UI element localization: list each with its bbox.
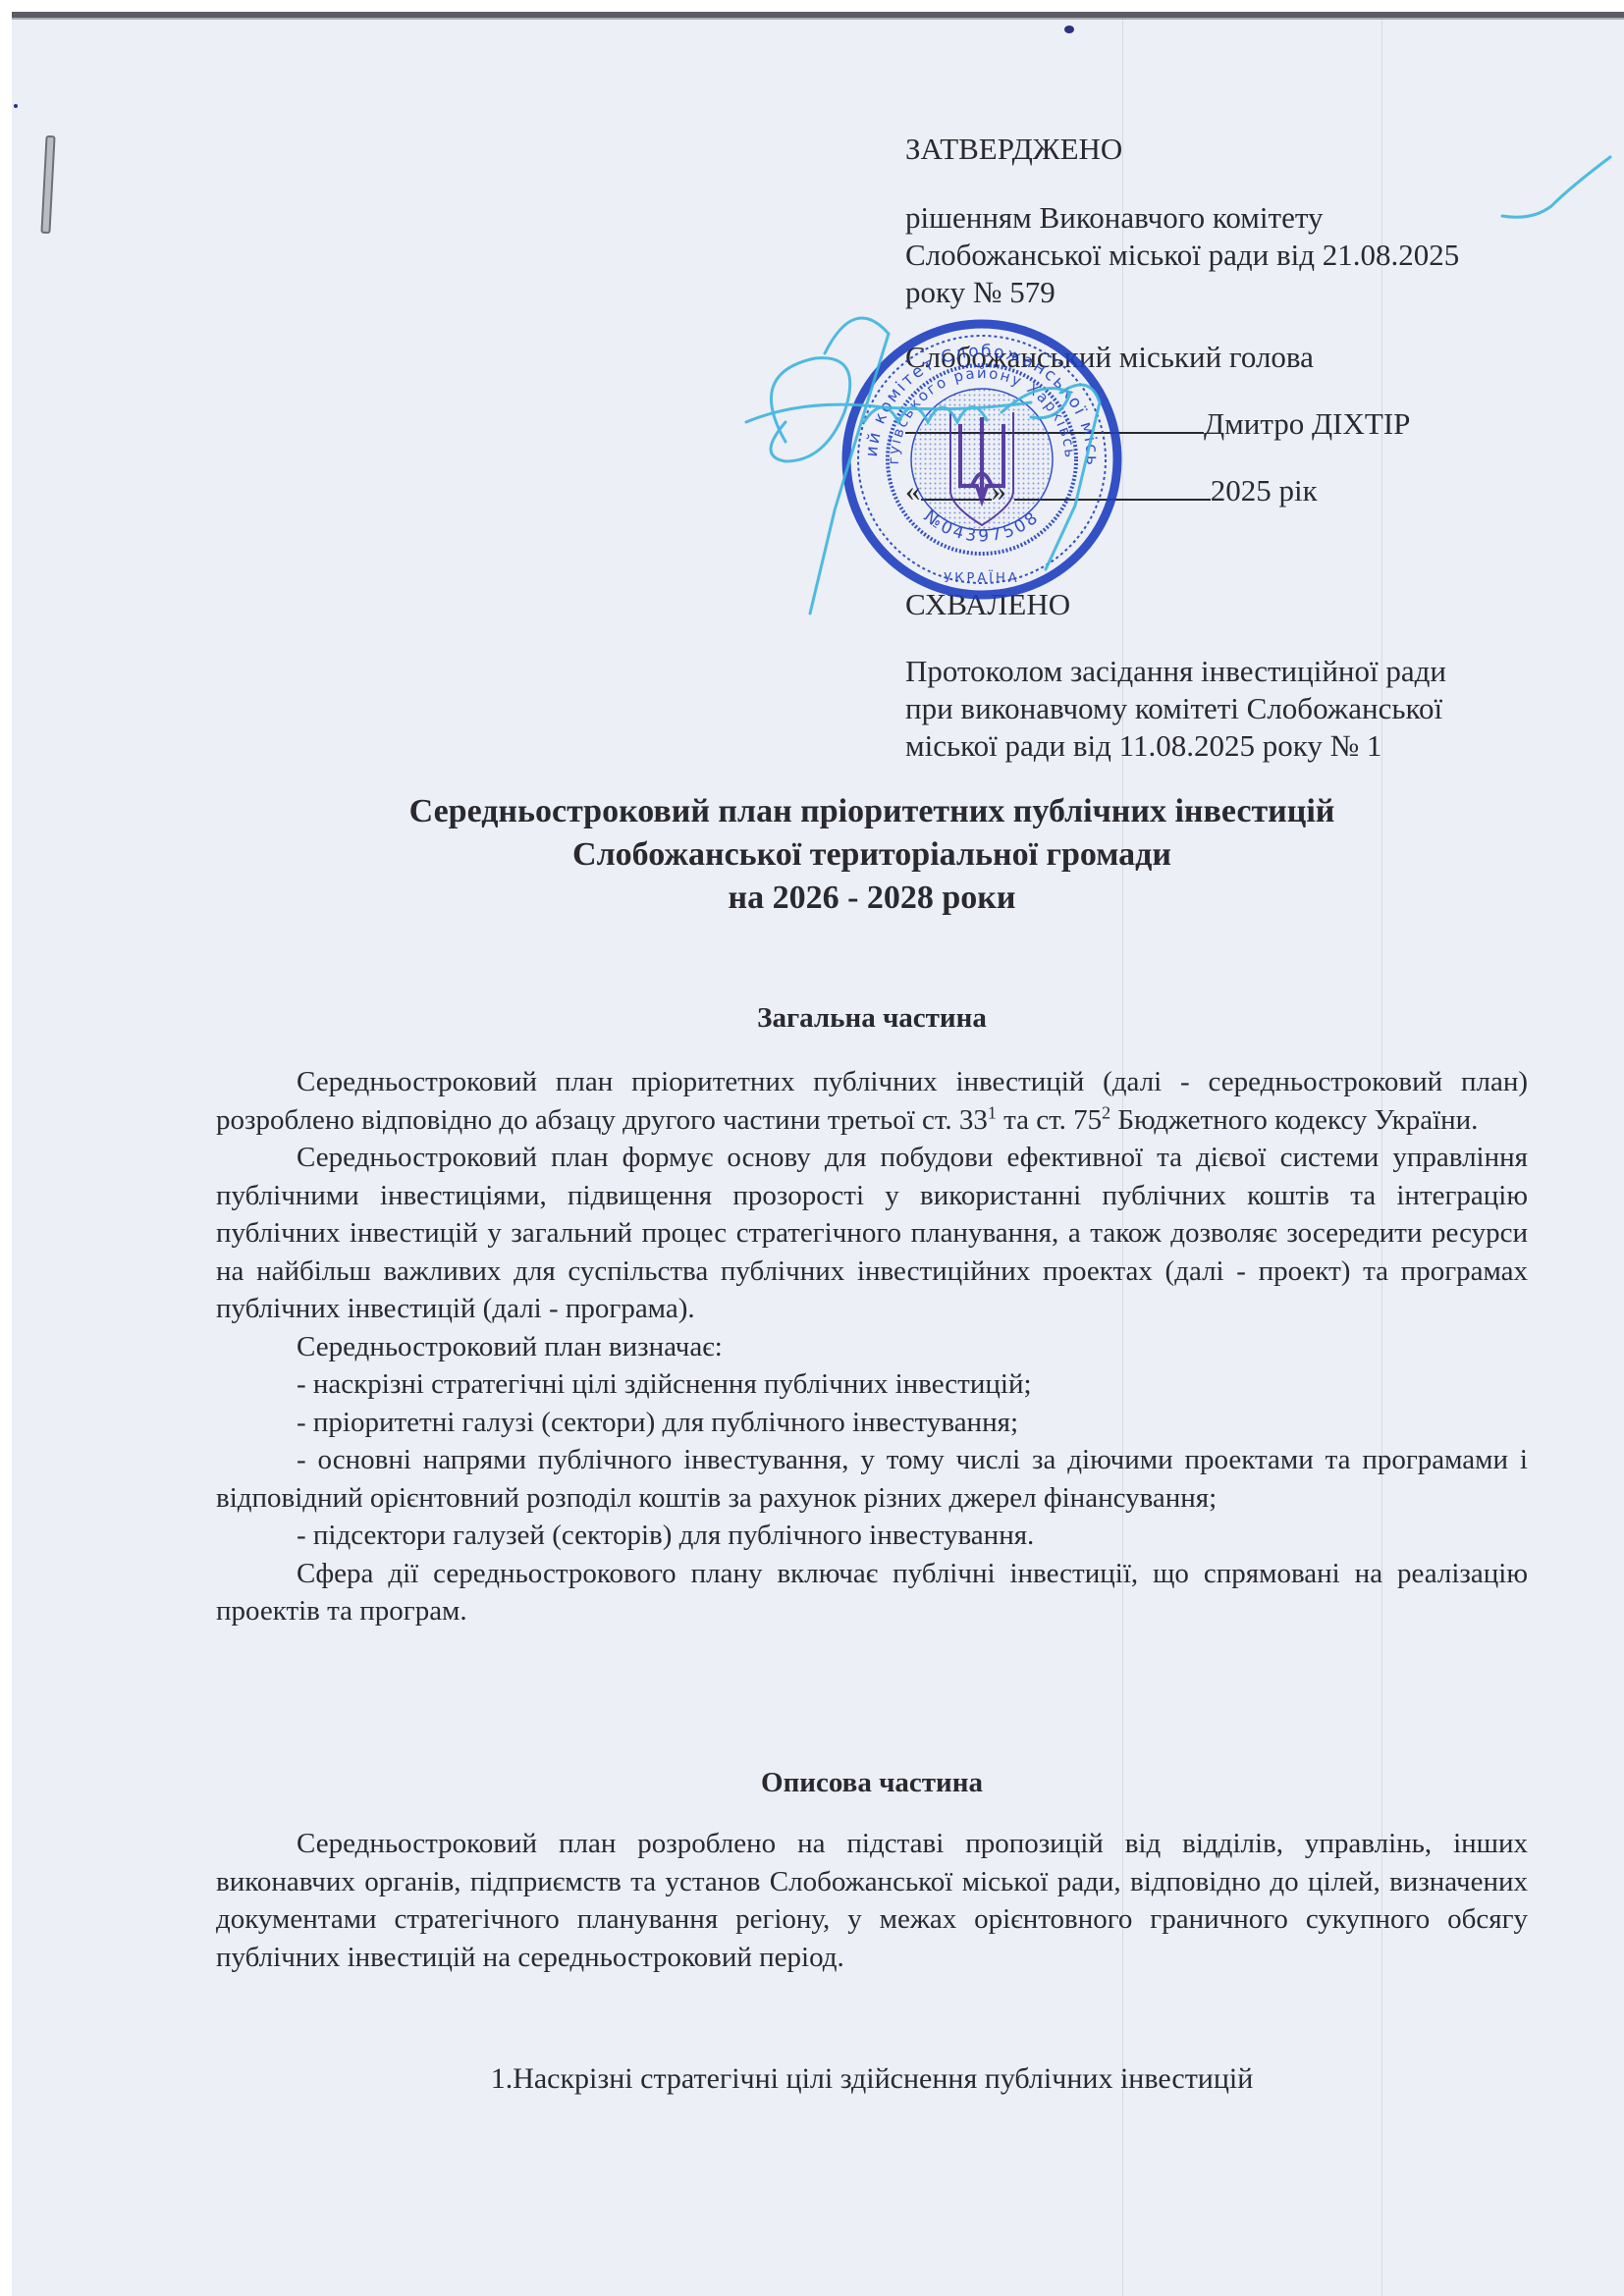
list-item: - пріоритетні галузі (сектори) для публі… (216, 1404, 1528, 1442)
month-blank (1014, 473, 1211, 501)
mayor-signature-line: Дмитро ДІХТІР (905, 405, 1534, 443)
section-1-title: 1.Наскрізні стратегічні цілі здійснення … (216, 2059, 1528, 2099)
paragraph: Середньостроковий план формує основу для… (216, 1139, 1528, 1328)
ink-speck (14, 104, 18, 108)
document-title: Середньостроковий план пріоритетних публ… (216, 790, 1528, 920)
paragraph: Середньостроковий план розроблено на під… (216, 1825, 1528, 1976)
paragraph: Сфера дії середньострокового плану включ… (216, 1555, 1528, 1630)
list-item: - основні напрями публічного інвестуванн… (216, 1441, 1528, 1517)
general-part-body: Середньостроковий план пріоритетних публ… (216, 1063, 1528, 1630)
paragraph: Середньостроковий план визначає: (216, 1328, 1528, 1366)
paragraph: Середньостроковий план пріоритетних публ… (216, 1063, 1528, 1139)
title-line: Слобожанської територіальної громади (216, 833, 1528, 877)
list-item: - наскрізні стратегічні цілі здійснення … (216, 1365, 1528, 1404)
signature-blank (905, 406, 1204, 434)
approved-label: ЗАТВЕРДЖЕНО (905, 131, 1534, 168)
list-item: - підсектори галузей (секторів) для публ… (216, 1517, 1528, 1555)
date-year: 2025 рік (1211, 473, 1318, 507)
endorsed-by-line: міської ради від 11.08.2025 року № 1 (905, 727, 1534, 765)
mayor-name: Дмитро ДІХТІР (1204, 406, 1410, 441)
descriptive-part-body: Середньостроковий план розроблено на під… (216, 1825, 1528, 1976)
endorsed-by-line: Протоколом засідання інвестиційної ради (905, 653, 1534, 690)
mayor-title: Слобожанський міський голова (905, 339, 1534, 376)
endorsed-by-line: при виконавчому комітеті Слобожанської (905, 690, 1534, 727)
approved-by-line: рішенням Виконавчого комітету (905, 199, 1534, 237)
approved-by-line: року № 579 (905, 274, 1534, 311)
general-part-heading: Загальна частина (216, 999, 1528, 1037)
descriptive-part-heading: Описова частина (216, 1764, 1528, 1801)
title-line: Середньостроковий план пріоритетних публ… (216, 790, 1528, 833)
ink-speck (1064, 26, 1074, 33)
day-blank (921, 473, 992, 501)
approved-by-line: Слобожанської міської ради від 21.08.202… (905, 237, 1534, 274)
endorsed-label: СХВАЛЕНО (905, 586, 1534, 623)
approval-date-line: «» 2025 рік (905, 472, 1534, 509)
title-line: на 2026 - 2028 роки (216, 877, 1528, 920)
